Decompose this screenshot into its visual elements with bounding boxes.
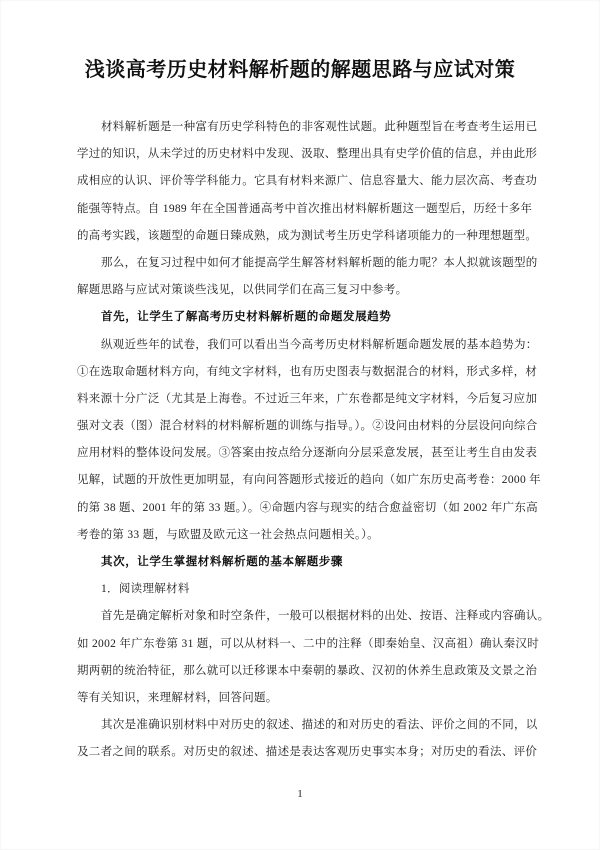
text-line: 纵观近些年的试卷，我们可以看出当今高考历史材料解析题命题发展的基本趋势为： xyxy=(77,332,550,359)
page-number: 1 xyxy=(0,788,600,800)
text-line: 其次是准确识别材料中对历史的叙述、描述的和对历史的看法、评价之间的不同，以 xyxy=(77,712,550,739)
text-line: 能强等特点。自 1989 年在全国普通高考中首次推出材料解析题这一题型后，历经十… xyxy=(77,196,550,223)
text-line: 期两朝的统治特征，那么就可以迁移课本中秦朝的暴政、汉初的休养生息政策及文景之治 xyxy=(77,658,550,685)
text-line: 见解，试题的开放性更加明显，有向问答题形式接近的趋向（如广东历史高考卷：2000… xyxy=(77,467,550,494)
text-line: 如 2002 年广东卷第 31 题，可以从材料一、二中的注释（即秦始皇、汉高祖）… xyxy=(77,631,550,658)
text-line: 强对文表（图）混合材料的材料解析题的训练与指导。）。②设问由材料的分层设问向综合 xyxy=(77,413,550,440)
section-heading: 其次，让学生掌握材料解析题的基本解题步骤 xyxy=(77,549,550,576)
text-line: 1．阅读理解材料 xyxy=(77,576,550,603)
text-line: 及二者之间的联系。对历史的叙述、描述是表达客观历史事实本身；对历史的看法、评价 xyxy=(77,739,550,766)
document-body: 材料解析题是一种富有历史学科特色的非客观性试题。此种题型旨在考查考生运用已学过的… xyxy=(0,114,600,767)
text-line: 学过的知识，从未学过的历史材料中发现、汲取、整理出具有史学价值的信息，并由此形 xyxy=(77,141,550,168)
text-line: 成相应的认识、评价等学科能力。它具有材料来源广、信息容量大、能力层次高、考查功 xyxy=(77,168,550,195)
text-line: ①在选取命题材料方向，有纯文字材料，也有历史图表与数据混合的材料，形式多样，材 xyxy=(77,359,550,386)
text-line: 考卷的第 33 题，与欧盟及欧元这一社会热点问题相关。）。 xyxy=(77,522,550,549)
text-line: 等有关知识，来理解材料，回答问题。 xyxy=(77,685,550,712)
document-page: 浅谈高考历史材料解析题的解题思路与应试对策 材料解析题是一种富有历史学科特色的非… xyxy=(0,0,600,850)
text-line: 的第 38 题、2001 年的第 33 题。）。④命题内容与现实的结合愈益密切（… xyxy=(77,495,550,522)
text-line: 首先是确定解析对象和时空条件，一般可以根据材料的出处、按语、注释或内容确认。 xyxy=(77,603,550,630)
section-heading: 首先，让学生了解高考历史材料解析题的命题发展趋势 xyxy=(77,304,550,331)
text-line: 应用材料的整体设问发展。③答案由按点给分逐渐向分层采意发展，甚至让考生自由发表 xyxy=(77,440,550,467)
text-line: 料来源十分广泛（尤其是上海卷。不过近三年来，广东卷都是纯文字材料，今后复习应加 xyxy=(77,386,550,413)
text-line: 那么，在复习过程中如何才能提高学生解答材料解析题的能力呢？本人拟就该题型的 xyxy=(77,250,550,277)
text-line: 的高考实践，该题型的命题日臻成熟，成为测试考生历史学科诸项能力的一种理想题型。 xyxy=(77,223,550,250)
text-line: 材料解析题是一种富有历史学科特色的非客观性试题。此种题型旨在考查考生运用已 xyxy=(77,114,550,141)
text-line: 解题思路与应试对策谈些浅见，以供同学们在高三复习中参考。 xyxy=(77,277,550,304)
document-title: 浅谈高考历史材料解析题的解题思路与应试对策 xyxy=(0,0,600,85)
